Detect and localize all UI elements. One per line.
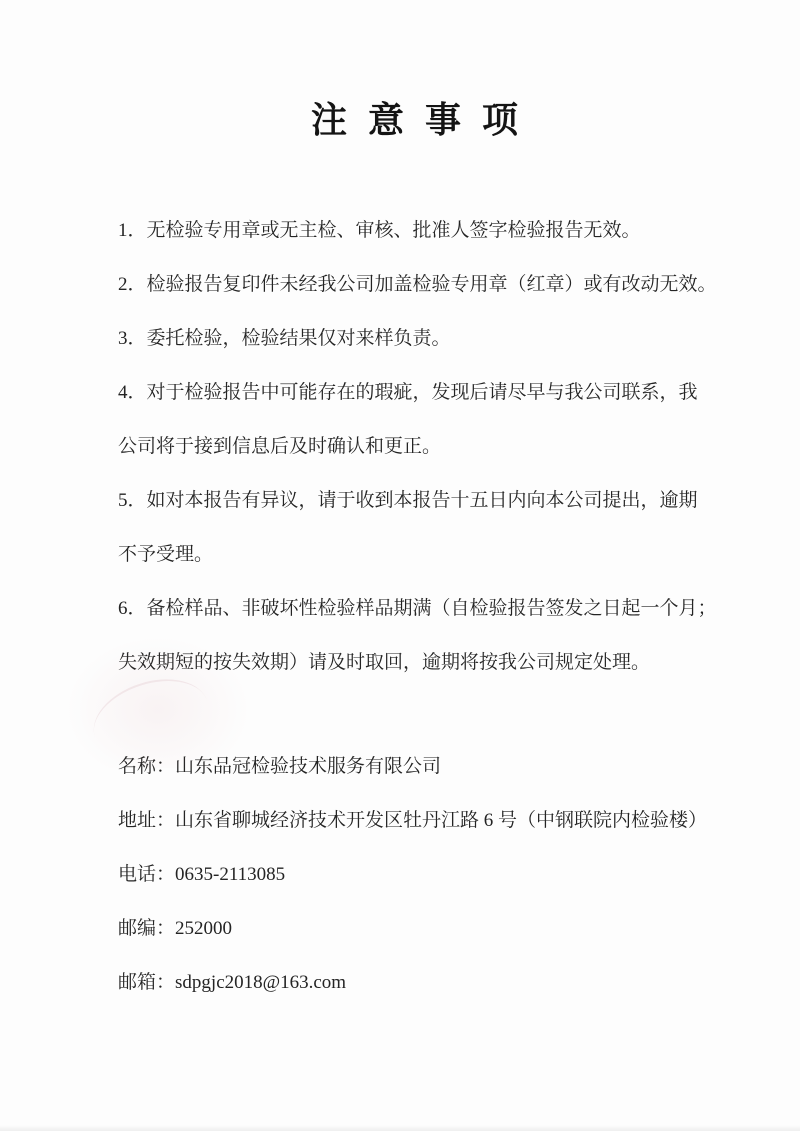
contact-info: 名称：山东品冠检验技术服务有限公司 地址：山东省聊城经济技术开发区牡丹江路 6 … (118, 740, 760, 1010)
contact-label: 邮箱： (118, 972, 175, 993)
contact-value: 山东省聊城经济技术开发区牡丹江路 6 号（中钢联院内检验楼） (175, 810, 707, 831)
note-line: 1．无检验专用章或无主检、审核、批准人签字检验报告无效。 (118, 204, 718, 258)
note-text: 对于检验报告中可能存在的瑕疵，发现后请尽早与我公司联系，我 (147, 382, 698, 403)
contact-value: 252000 (175, 918, 232, 939)
note-line: 失效期短的按失效期）请及时取回，逾期将按我公司规定处理。 (118, 636, 718, 690)
contact-label: 地址： (118, 810, 175, 831)
contact-label: 电话： (118, 864, 175, 885)
note-text: 无检验专用章或无主检、审核、批准人签字检验报告无效。 (147, 220, 641, 241)
contact-row-postcode: 邮编：252000 (118, 902, 760, 956)
note-line: 2．检验报告复印件未经我公司加盖检验专用章（红章）或有改动无效。 (118, 258, 718, 312)
note-text: 如对本报告有异议，请于收到本报告十五日内向本公司提出，逾期 (147, 490, 698, 511)
contact-label: 邮编： (118, 918, 175, 939)
contact-row-address: 地址：山东省聊城经济技术开发区牡丹江路 6 号（中钢联院内检验楼） (118, 794, 760, 848)
notes-list: 1．无检验专用章或无主检、审核、批准人签字检验报告无效。 2．检验报告复印件未经… (118, 204, 718, 690)
note-number: 2． (118, 274, 147, 295)
contact-value: sdpgjc2018@163.com (175, 972, 346, 993)
note-item-1: 1．无检验专用章或无主检、审核、批准人签字检验报告无效。 (118, 204, 718, 258)
note-number: 1． (118, 220, 147, 241)
contact-label: 名称： (118, 756, 175, 777)
scan-edge-shadow (0, 1125, 800, 1131)
note-item-2: 2．检验报告复印件未经我公司加盖检验专用章（红章）或有改动无效。 (118, 258, 718, 312)
note-number: 6． (118, 598, 147, 619)
note-number: 4． (118, 382, 147, 403)
contact-value: 山东品冠检验技术服务有限公司 (175, 756, 441, 777)
document-page: 注意事项 1．无检验专用章或无主检、审核、批准人签字检验报告无效。 2．检验报告… (0, 0, 800, 1131)
note-number: 5． (118, 490, 147, 511)
contact-value: 0635-2113085 (175, 864, 285, 885)
note-line: 公司将于接到信息后及时确认和更正。 (118, 420, 718, 474)
note-text: 检验报告复印件未经我公司加盖检验专用章（红章）或有改动无效。 (147, 274, 717, 295)
note-item-6: 6．备检样品、非破坏性检验样品期满（自检验报告签发之日起一个月； 失效期短的按失… (118, 582, 718, 690)
contact-row-email: 邮箱：sdpgjc2018@163.com (118, 956, 760, 1010)
note-line: 4．对于检验报告中可能存在的瑕疵，发现后请尽早与我公司联系，我 (118, 366, 718, 420)
note-line: 6．备检样品、非破坏性检验样品期满（自检验报告签发之日起一个月； (118, 582, 718, 636)
note-text: 委托检验，检验结果仅对来样负责。 (147, 328, 451, 349)
note-item-3: 3．委托检验，检验结果仅对来样负责。 (118, 312, 718, 366)
note-item-5: 5．如对本报告有异议，请于收到本报告十五日内向本公司提出，逾期 不予受理。 (118, 474, 718, 582)
note-line: 5．如对本报告有异议，请于收到本报告十五日内向本公司提出，逾期 (118, 474, 718, 528)
contact-row-company-name: 名称：山东品冠检验技术服务有限公司 (118, 740, 760, 794)
note-line: 不予受理。 (118, 528, 718, 582)
contact-row-phone: 电话：0635-2113085 (118, 848, 760, 902)
note-text: 备检样品、非破坏性检验样品期满（自检验报告签发之日起一个月； (147, 598, 717, 619)
note-line: 3．委托检验，检验结果仅对来样负责。 (118, 312, 718, 366)
note-item-4: 4．对于检验报告中可能存在的瑕疵，发现后请尽早与我公司联系，我 公司将于接到信息… (118, 366, 718, 474)
note-number: 3． (118, 328, 147, 349)
page-title: 注意事项 (0, 0, 800, 142)
